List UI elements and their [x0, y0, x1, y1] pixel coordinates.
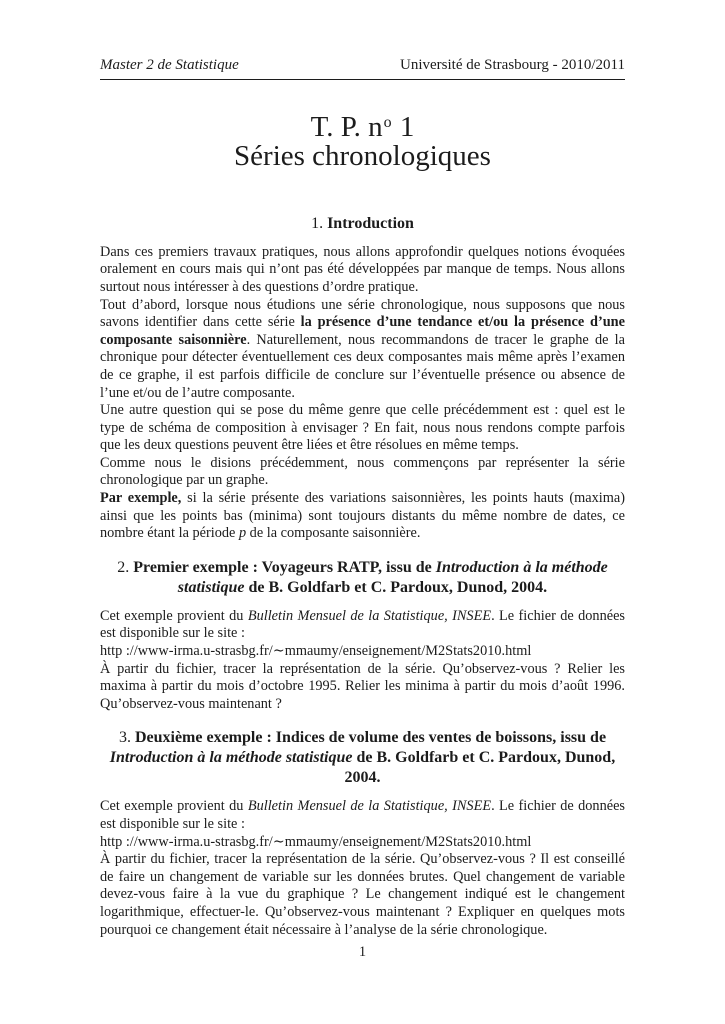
page-content: Master 2 de Statistique Université de St…: [100, 57, 625, 961]
text-run: À partir du fichier, tracer la représent…: [100, 661, 625, 712]
intro-paragraph-3: Une autre question qui se pose du même g…: [100, 402, 625, 455]
text-run: Introduction à la méthode statistique: [110, 749, 353, 766]
text-run: 1.: [311, 215, 327, 232]
header-institution-year: Université de Strasbourg - 2010/2011: [400, 57, 625, 74]
section-3-instructions-paragraph: À partir du fichier, tracer la représent…: [100, 851, 625, 939]
section-2-heading: 2. Premier exemple : Voyageurs RATP, iss…: [100, 558, 625, 598]
page-header: Master 2 de Statistique Université de St…: [100, 57, 625, 80]
text-run: Cet exemple provient du: [100, 798, 248, 814]
section-2-source-paragraph: Cet exemple provient du Bulletin Mensuel…: [100, 608, 625, 643]
text-run: Premier exemple : Voyageurs RATP, issu d…: [133, 559, 436, 576]
text-run: Bulletin Mensuel de la Statistique, INSE…: [248, 798, 491, 814]
section-1-heading: 1. Introduction: [100, 214, 625, 234]
document-page: Master 2 de Statistique Université de St…: [0, 0, 725, 1024]
text-run: Bulletin Mensuel de la Statistique, INSE…: [248, 608, 491, 624]
text-run: À partir du fichier, tracer la représent…: [100, 851, 625, 937]
intro-paragraph-5: Par exemple, si la série présente des va…: [100, 490, 625, 543]
text-run: Deuxième exemple : Indices de volume des…: [135, 729, 606, 746]
title-tp-prefix: T. P. n: [311, 111, 383, 143]
text-run: de B. Goldfarb et C. Pardoux, Dunod, 200…: [244, 579, 547, 596]
text-run: Par exemple,: [100, 490, 181, 506]
header-course-name: Master 2 de Statistique: [100, 57, 239, 74]
text-run: de B. Goldfarb et C. Pardoux, Dunod, 200…: [345, 749, 616, 786]
text-run: http ://www-irma.u-strasbg.fr/∼mmaumy/en…: [100, 834, 531, 850]
document-title: T. P. no 1 Séries chronologiques: [100, 108, 625, 171]
title-subtitle: Séries chronologiques: [100, 142, 625, 171]
text-run: Une autre question qui se pose du même g…: [100, 402, 625, 453]
text-run: Introduction: [327, 215, 414, 232]
text-run: http ://www-irma.u-strasbg.fr/∼mmaumy/en…: [100, 643, 531, 659]
text-run: Dans ces premiers travaux pratiques, nou…: [100, 244, 625, 295]
intro-paragraph-1: Dans ces premiers travaux pratiques, nou…: [100, 244, 625, 297]
text-run: 2.: [117, 559, 133, 576]
intro-paragraph-4: Comme nous le disions précédemment, nous…: [100, 455, 625, 490]
section-2-instructions-paragraph: À partir du fichier, tracer la représent…: [100, 661, 625, 714]
title-tp-number: 1: [393, 111, 415, 143]
page-number: 1: [100, 944, 625, 961]
title-ordinal-superscript: o: [384, 114, 392, 131]
section-3-source-paragraph: Cet exemple provient du Bulletin Mensuel…: [100, 798, 625, 833]
text-run: Comme nous le disions précédemment, nous…: [100, 455, 625, 489]
text-run: 3.: [119, 729, 135, 746]
text-run: de la composante saisonnière.: [246, 525, 420, 541]
title-line-1: T. P. no 1: [100, 108, 625, 142]
section-2-url-line: http ://www-irma.u-strasbg.fr/∼mmaumy/en…: [100, 643, 625, 661]
section-3-url-line: http ://www-irma.u-strasbg.fr/∼mmaumy/en…: [100, 834, 625, 852]
text-run: Cet exemple provient du: [100, 608, 248, 624]
intro-paragraph-2: Tout d’abord, lorsque nous étudions une …: [100, 297, 625, 403]
section-3-heading: 3. Deuxième exemple : Indices de volume …: [100, 728, 625, 788]
